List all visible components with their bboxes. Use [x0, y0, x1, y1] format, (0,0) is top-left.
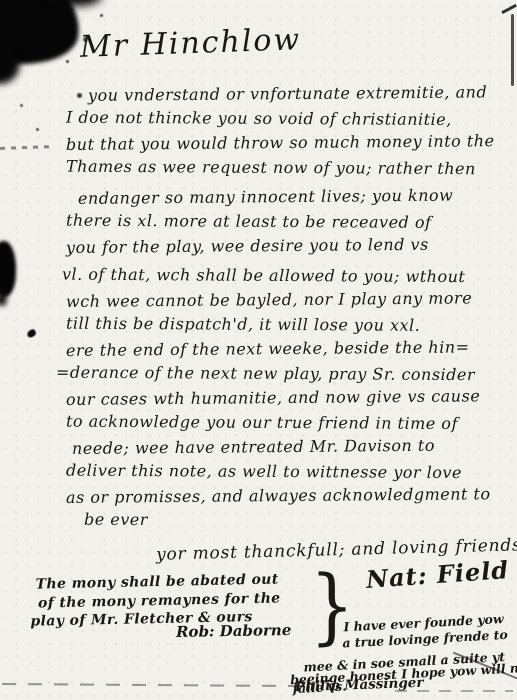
letter-line: =derance of the next new play, pray Sr. … — [56, 360, 512, 387]
letter-line: till this be dispatch'd, it will lose yo… — [66, 311, 512, 338]
letter-line: I doe not thincke you so void of christi… — [66, 105, 512, 132]
signature-philip-massinger: Philip Massinger — [295, 675, 424, 695]
letter-body: you vnderstand or vnfortunate extremitie… — [66, 82, 512, 533]
letter-line: as or promisses, and alwayes acknowledgm… — [66, 482, 512, 510]
scan-edge-dashes-bottom-right — [395, 690, 513, 692]
signature-nat-field: Nat: Field — [365, 555, 510, 594]
letter-line: wch wee cannot be bayled, nor I play any… — [66, 286, 512, 314]
letter-line: endanger so many innocent lives; you kno… — [78, 183, 512, 211]
massinger-postscript: I have ever founde yowa true lovinge fre… — [333, 610, 517, 620]
ink-dot-left — [26, 328, 37, 339]
ink-blotch-top-left — [0, 0, 86, 73]
letter-line: neede; wee have entreated Mr. Davison to — [72, 433, 512, 461]
letter-line: but that you would throw so much money i… — [66, 129, 512, 157]
letter-line: Thames as wee request now of you; rather… — [66, 154, 512, 181]
ink-blotch-left-middle — [0, 241, 16, 297]
signature-rob-daborne: Rob: Daborne — [176, 621, 292, 641]
letter-line: you for the play, wee desire you to lend… — [66, 232, 512, 260]
letter-line: deliver this note, as well to wittnesse … — [66, 458, 512, 485]
pen-mark-top-right — [497, 0, 517, 14]
smudge-left-edge — [0, 145, 52, 150]
letter-line: ere the end of the next weeke, beside th… — [66, 335, 512, 363]
manuscript-page: Mr Hinchlow you vnderstand or vnfortunat… — [0, 0, 517, 700]
letter-line: you vnderstand or vnfortunate extremitie… — [88, 80, 512, 108]
letter-line: to acknowledge you our true friend in ti… — [66, 409, 512, 436]
letter-line: be ever — [84, 507, 512, 534]
salutation: Mr Hinchlow — [79, 22, 301, 65]
letter-line: there is xl. more at least to be receave… — [66, 208, 512, 235]
letter-line: our cases wth humanitie, and now give vs… — [66, 384, 512, 412]
ink-speckles-top-left — [70, 8, 73, 11]
page-edge-line-right — [511, 14, 514, 86]
letter-line: vl. of that, wch shall be allowed to you… — [62, 262, 512, 289]
scan-edge-dashes-bottom — [2, 683, 302, 687]
